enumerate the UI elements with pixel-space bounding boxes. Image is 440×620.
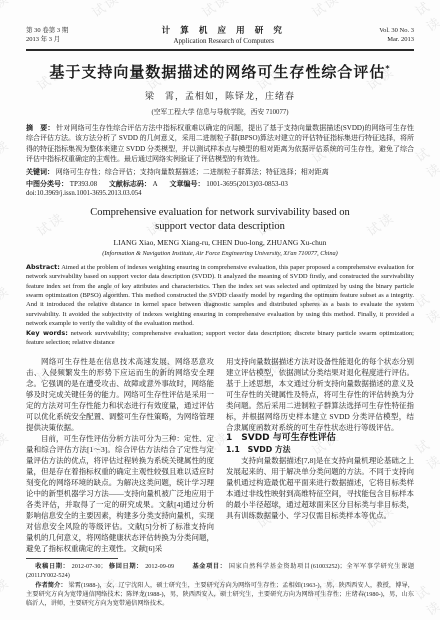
paper-title-cn: 基于支持向量数据描述的网络可生存性综合评估* [26,61,414,82]
page-content: 第 30 卷第 3 期 2013 年 3 月 计 算 机 应 用 研 究 App… [0,0,440,609]
journal-header: 第 30 卷第 3 期 2013 年 3 月 计 算 机 应 用 研 究 App… [26,24,414,51]
keywords-cn-text: 网络可生存性；综合评估；支持向量数据描述；二进制粒子群算法；特征选择；相对距离 [56,168,329,176]
body-paragraph: 目前，可生存性评估分析方法可分为三种：定性、定量和综合评估方法[1～3]。综合评… [26,433,214,554]
journal-name-en: Application Research of Computers [162,37,286,45]
revised-date-value: 2012-09-09 [145,563,174,570]
keywords-en: Key words: network survivability; compre… [26,329,414,348]
title-asterisk: * [385,64,390,73]
paper-page: 试读试读试读试读试读试读试读试读试读试读试读试读试读试读试读试读试读试读试读试读… [0,0,440,620]
issue-date: 2013 年 3 月 [26,35,68,44]
footnote-author-bio: 作者简介： 梁霄(1988-)，女，辽宁沈阳人，硕士研究生，主要研究方向为网络可… [26,581,414,609]
body-paragraph: 用支持向量数据描述方法对设备性能退化的每个状态分别建立评估模型，依据测试分类结果… [226,356,414,433]
keywords-cn-label: 关键词： [26,168,54,176]
header-vol-info: Vol. 30 No. 3 Mar. 2013 [379,26,414,44]
received-date-label: 收稿日期： [35,563,69,570]
paper-title-en: Comprehensive evaluation for network sur… [26,206,414,233]
affiliation-cn: (空军工程大学 信息与导航学院，西安 710077) [26,106,414,116]
keywords-en-text: network survivability; comprehensive eva… [26,330,414,346]
clc-value: TP393.08 [70,180,97,188]
abstract-en-text: Aimed at the problem of indexes weightin… [26,264,414,327]
article-id-label: 文章编号： [169,180,204,188]
issue-volume: 第 30 卷第 3 期 [26,26,68,35]
abstract-cn-label: 摘 要： [26,124,54,132]
footnote-block: 收稿日期： 2012-07-30； 修回日期： 2012-09-09 基金项目：… [26,562,414,609]
body-paragraph: 网络可生存性是在信息技术高速发展、网络恶意攻击、入侵频繁发生的形势下应运而生的新… [26,356,214,433]
left-column: 网络可生存性是在信息技术高速发展、网络恶意攻击、入侵频繁发生的形势下应运而生的新… [26,356,214,554]
revised-date-label: 修回日期： [109,563,143,570]
authors-cn: 梁 霄，孟相如，陈铎龙，庄绪春 [26,89,414,102]
vol-date: Mar. 2013 [379,35,414,44]
doi-line: doi:10.3969/j.issn.1001-3695.2013.03.054 [26,190,414,197]
abstract-en-label: Abstract: [26,263,60,271]
right-column: 用支持向量数据描述方法对设备性能退化的每个状态分别建立评估模型，依据测试分类结果… [226,356,414,554]
body-paragraph: 支持向量数据描述[7,8]是在支持向量机理论基础之上发展起来的、用于解决单分类问… [226,455,414,521]
fund-label: 基金项目： [192,563,226,570]
paper-title-text: 基于支持向量数据描述的网络可生存性综合评估 [49,63,385,81]
vol-no: Vol. 30 No. 3 [379,26,414,35]
footnote-rule [26,558,118,559]
abstract-cn-text: 针对网络可生存性综合评估方法中指标权重难以确定的问题，提出了基于支持向量数据描述… [26,124,414,163]
abstract-cn: 摘 要： 针对网络可生存性综合评估方法中指标权重难以确定的问题，提出了基于支持向… [26,123,414,165]
journal-name: 计 算 机 应 用 研 究 Application Research of Co… [162,24,286,45]
authors-en: LIANG Xiao, MENG Xiang-ru, CHEN Duo-long… [26,238,414,247]
abstract-en: Abstract: Aimed at the problem of indexe… [26,263,414,328]
journal-name-cn: 计 算 机 应 用 研 究 [162,24,286,36]
affiliation-en: (Information & Navigation Institute, Air… [26,250,414,257]
received-date-value: 2012-07-30； [72,563,107,570]
section-1-1-heading: 1.1 SVDD 方法 [226,444,414,455]
doc-code-label: 文献标志码： [109,180,151,188]
keywords-cn: 关键词： 网络可生存性；综合评估；支持向量数据描述；二进制粒子群算法；特征选择；… [26,167,414,177]
body-columns: 网络可生存性是在信息技术高速发展、网络恶意攻击、入侵频繁发生的形势下应运而生的新… [26,356,414,554]
title-en-line1: Comprehensive evaluation for network sur… [26,206,414,220]
clc-line: 中图分类号： TP393.08 文献标志码： A 文章编号： 1001-3695… [26,179,414,189]
section-1-heading: 1 SVDD 与可生存性评估 [226,433,414,444]
bio-label: 作者简介： [35,582,66,589]
title-en-line2: support vector data description [26,220,414,234]
footnote-dates-fund: 收稿日期： 2012-07-30； 修回日期： 2012-09-09 基金项目：… [26,562,414,581]
clc-label: 中图分类号： [26,180,68,188]
bio-value: 梁霄(1988-)，女，辽宁沈阳人，硕士研究生，主要研究方向为网络可生存性；孟相… [26,582,414,608]
article-id-value: 1001-3695(2013)03-0853-03 [206,180,288,188]
keywords-en-label: Key words: [26,329,68,337]
doc-code-value: A [153,180,158,188]
header-issue-info: 第 30 卷第 3 期 2013 年 3 月 [26,26,68,44]
